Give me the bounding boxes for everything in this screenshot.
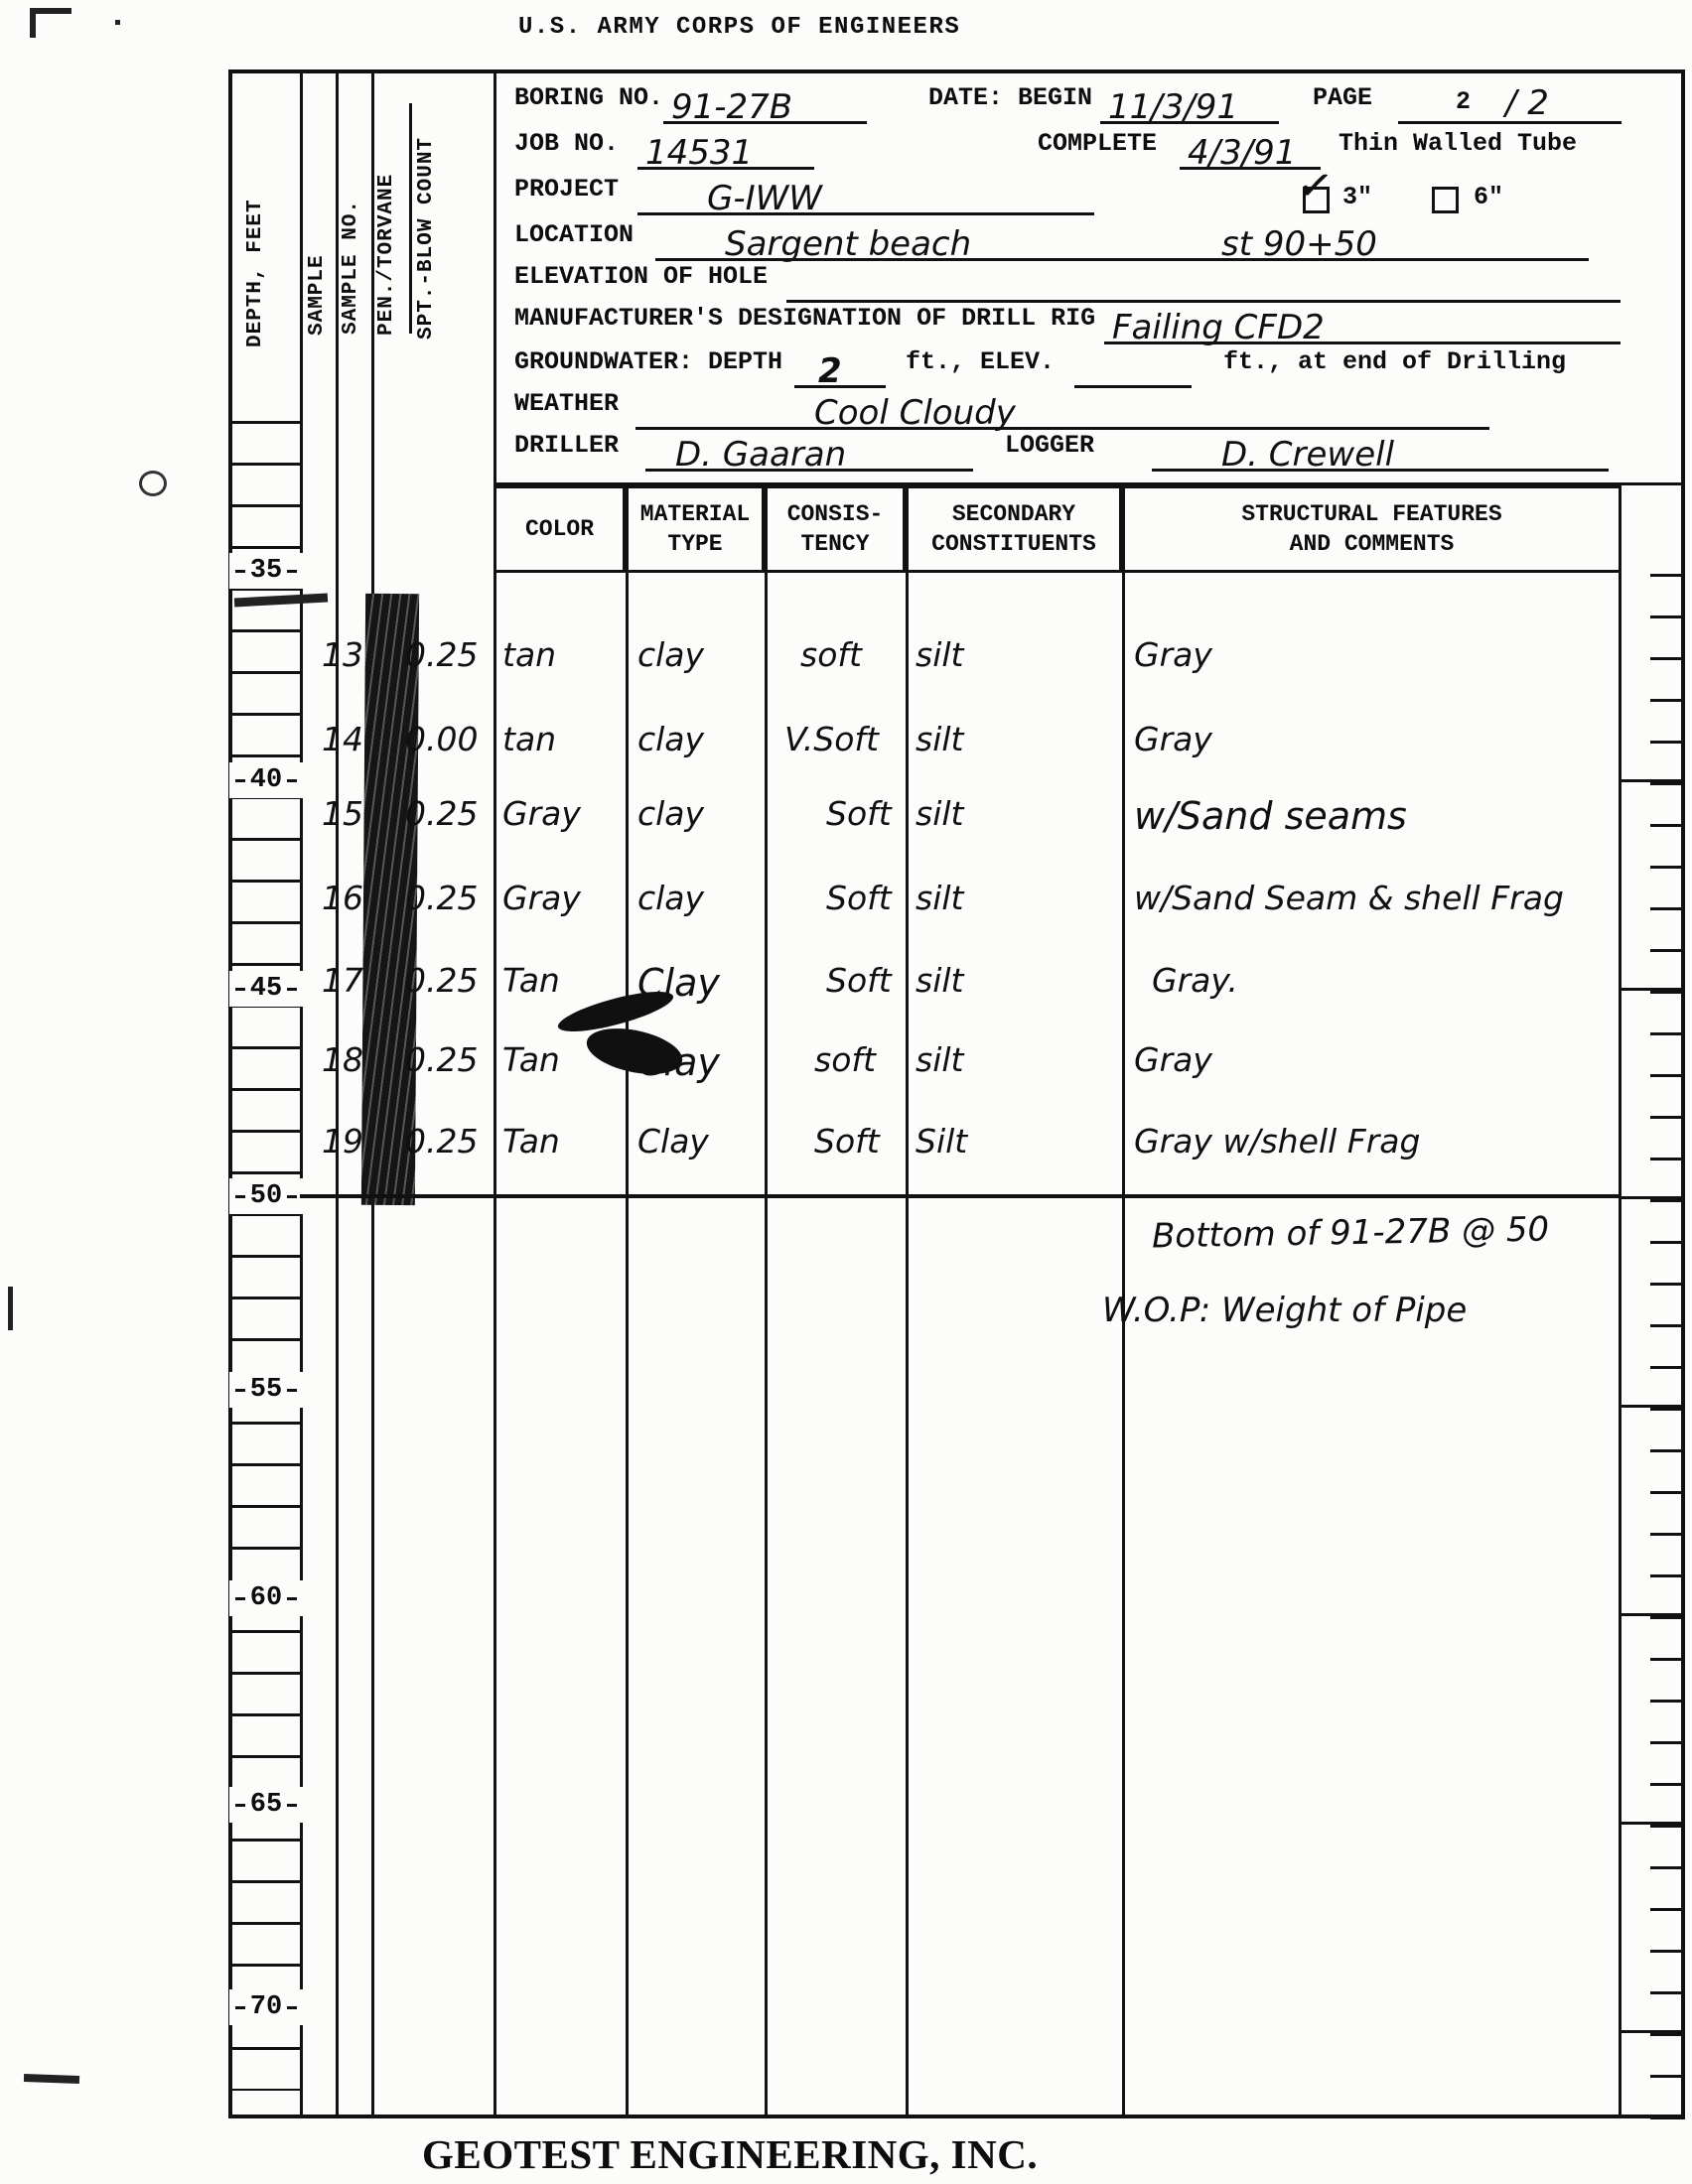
location-field: Sargent beach st 90+50: [655, 220, 1589, 261]
sample-no: 16: [322, 879, 367, 917]
material-value: clay: [637, 879, 765, 917]
depth-label: 65: [229, 1787, 303, 1823]
form-line-project: PROJECT G-IWW ✓ 3" 6": [0, 175, 1692, 226]
pen-torvane-value: 0.25: [405, 794, 493, 833]
tube-6in-checkbox: [1432, 187, 1459, 213]
col-header-comments: STRUCTURAL FEATURES AND COMMENTS: [1122, 485, 1621, 573]
pen-torvane-value: 0.25: [405, 961, 493, 1000]
consistency-value: V.Soft: [784, 720, 904, 758]
depth-label-text: 35: [250, 556, 282, 586]
thin-walled-tube-label: Thin Walled Tube: [1339, 129, 1577, 158]
tube-3in-label: 3": [1342, 183, 1372, 211]
drill-rig-label: MANUFACTURER'S DESIGNATION OF DRILL RIG: [514, 304, 1095, 333]
page-title: U.S. ARMY CORPS OF ENGINEERS: [518, 14, 960, 41]
depth-label: 55: [229, 1372, 303, 1408]
col-header-color: COLOR: [493, 485, 626, 573]
col-header-text: SECONDARY: [952, 499, 1075, 529]
col-header-text: STRUCTURAL FEATURES: [1241, 499, 1501, 529]
groundwater-depth-value: 2: [818, 351, 842, 391]
secondary-value: Silt: [916, 1122, 1114, 1160]
col-header-consistency: CONSIS- TENCY: [765, 485, 906, 573]
location-label: LOCATION: [514, 220, 634, 249]
scan-artifact: [8, 1287, 13, 1330]
secondary-value: silt: [916, 961, 1114, 1000]
comments-value: Gray.: [1152, 961, 1668, 1000]
consistency-value: soft: [800, 635, 919, 674]
scan-artifact: [139, 471, 167, 496]
comments-value: Gray w/shell Frag: [1134, 1122, 1650, 1160]
col-header-text: AND COMMENTS: [1290, 529, 1455, 559]
col-header-text: TENCY: [800, 529, 869, 559]
driller-field: D. Gaaran: [645, 431, 973, 472]
bottom-of-boring-line: [300, 1194, 1621, 1198]
elevation-label: ELEVATION OF HOLE: [514, 262, 768, 291]
secondary-value: silt: [916, 794, 1114, 833]
bottom-of-boring-note: Bottom of 91-27B @ 50: [1152, 1210, 1550, 1257]
secondary-value: silt: [916, 1040, 1114, 1079]
color-value: tan: [502, 720, 624, 758]
scan-artifact: [115, 20, 120, 25]
col-header-text: TYPE: [667, 529, 722, 559]
col-header-text: MATERIAL: [640, 499, 750, 529]
comments-value: Gray: [1134, 1040, 1650, 1079]
material-value: clay: [637, 720, 765, 758]
company-name: GEOTEST ENGINEERING, INC.: [422, 2130, 1038, 2178]
material-value: clay: [637, 635, 765, 674]
color-value: tan: [502, 635, 624, 674]
groundwater-label: GROUNDWATER: DEPTH: [514, 347, 782, 376]
driller-label: DRILLER: [514, 431, 619, 460]
boring-no-label: BORING NO.: [514, 83, 663, 112]
col-header-material: MATERIAL TYPE: [626, 485, 765, 573]
sample-no: 14: [322, 720, 367, 758]
boring-no-value: 91-27B: [671, 87, 792, 127]
date-begin-field: 11/3/91: [1100, 83, 1279, 124]
logger-field: D. Crewell: [1152, 431, 1609, 472]
drill-rig-value: Failing CFD2: [1112, 308, 1325, 347]
page-value: 2: [1456, 87, 1471, 116]
groundwater-depth-field: 2: [794, 347, 886, 388]
driller-value: D. Gaaran: [675, 435, 846, 475]
depth-label: 70: [229, 1989, 303, 2025]
pen-torvane-value: 0.25: [405, 1040, 493, 1079]
depth-label-text: 70: [250, 1992, 282, 2022]
groundwater-elev-field: [1074, 347, 1192, 388]
weather-label: WEATHER: [514, 389, 619, 418]
secondary-value: silt: [916, 720, 1114, 758]
log-row: 17 0.25 Tan Clay Soft silt Gray.: [0, 961, 1692, 1032]
depth-label: 35: [229, 553, 303, 589]
date-begin-label: DATE: BEGIN: [928, 83, 1092, 112]
logger-label: LOGGER: [1005, 431, 1094, 460]
pen-torvane-value: 0.25: [405, 879, 493, 917]
comments-value: w/Sand seams: [1134, 794, 1650, 838]
material-value: clay: [637, 794, 765, 833]
depth-label-text: 65: [250, 1790, 282, 1820]
secondary-value: silt: [916, 879, 1114, 917]
weather-value: Cool Cloudy: [814, 393, 1016, 433]
sample-no: 17: [322, 961, 367, 1000]
page-suffix: / 2: [1505, 83, 1549, 123]
depth-label: 60: [229, 1580, 303, 1616]
col-header-text: CONSTITUENTS: [931, 529, 1096, 559]
page-field: 2 / 2: [1398, 83, 1621, 124]
col-header-text: CONSIS-: [787, 499, 884, 529]
comments-value: Gray: [1134, 635, 1650, 674]
color-value: Tan: [502, 1122, 624, 1160]
project-field: G-IWW: [637, 175, 1094, 215]
elevation-field: [786, 262, 1621, 303]
color-value: Gray: [502, 879, 624, 917]
complete-label: COMPLETE: [1038, 129, 1157, 158]
ft-elev-label: ft., ELEV.: [906, 347, 1055, 376]
page-label: PAGE: [1313, 83, 1372, 112]
color-value: Gray: [502, 794, 624, 833]
boring-log-page: U.S. ARMY CORPS OF ENGINEERS DEPTH, FEET…: [0, 0, 1692, 2184]
logger-value: D. Crewell: [1221, 435, 1394, 475]
col-header-text: COLOR: [525, 514, 594, 544]
log-row: 15 0.25 Gray clay Soft silt w/Sand seams: [0, 794, 1692, 866]
location-station: st 90+50: [1221, 224, 1377, 264]
tube-6in-label: 6": [1474, 183, 1503, 211]
scan-artifact: [30, 8, 71, 14]
tube-3in-checkmark: ✓: [1294, 159, 1338, 214]
pen-torvane-value: 0.25: [405, 635, 493, 674]
sample-no: 18: [322, 1040, 367, 1079]
form-line-job: JOB NO. 14531 COMPLETE 4/3/91 Thin Walle…: [0, 129, 1692, 181]
log-row: 18 0.25 Tan Clay soft silt Gray: [0, 1040, 1692, 1112]
log-row: 14 0.00 tan clay V.Soft silt Gray: [0, 720, 1692, 791]
date-begin-value: 11/3/91: [1108, 87, 1238, 127]
depth-label-text: 55: [250, 1375, 282, 1405]
job-no-label: JOB NO.: [514, 129, 619, 158]
job-no-field: 14531: [637, 129, 814, 170]
project-value: G-IWW: [707, 179, 822, 218]
scan-artifact: [24, 2074, 79, 2084]
material-value: Clay: [637, 1122, 765, 1160]
boring-no-field: 91-27B: [663, 83, 867, 124]
sample-no: 19: [322, 1122, 367, 1160]
form-line-boring: BORING NO. 91-27B DATE: BEGIN 11/3/91 PA…: [0, 83, 1692, 135]
comments-value: Gray: [1134, 720, 1650, 758]
log-row: 19 0.25 Tan Clay Soft Silt Gray w/shell …: [0, 1122, 1692, 1193]
sample-no: 15: [322, 794, 367, 833]
scan-artifact: [30, 8, 36, 38]
ft-end-label: ft., at end of Drilling: [1223, 347, 1566, 376]
complete-value: 4/3/91: [1188, 133, 1296, 173]
pen-torvane-value: 0.00: [405, 720, 493, 758]
job-no-value: 14531: [645, 133, 753, 173]
col-header-secondary: SECONDARY CONSTITUENTS: [906, 485, 1122, 573]
weather-field: Cool Cloudy: [635, 389, 1489, 430]
sample-no: 13: [322, 635, 367, 674]
depth-label-text: 60: [250, 1583, 282, 1613]
location-value: Sargent beach: [725, 224, 971, 264]
project-label: PROJECT: [514, 175, 619, 204]
wop-note: W.O.P: Weight of Pipe: [1102, 1291, 1467, 1330]
comments-value: w/Sand Seam & shell Frag: [1134, 879, 1650, 917]
pen-torvane-value: 0.25: [405, 1122, 493, 1160]
drill-rig-field: Failing CFD2: [1104, 304, 1621, 344]
log-row: 13 0.25 tan clay soft silt Gray: [0, 635, 1692, 707]
log-row: 16 0.25 Gray clay Soft silt w/Sand Seam …: [0, 879, 1692, 950]
secondary-value: silt: [916, 635, 1114, 674]
color-value: Tan: [502, 961, 624, 1000]
